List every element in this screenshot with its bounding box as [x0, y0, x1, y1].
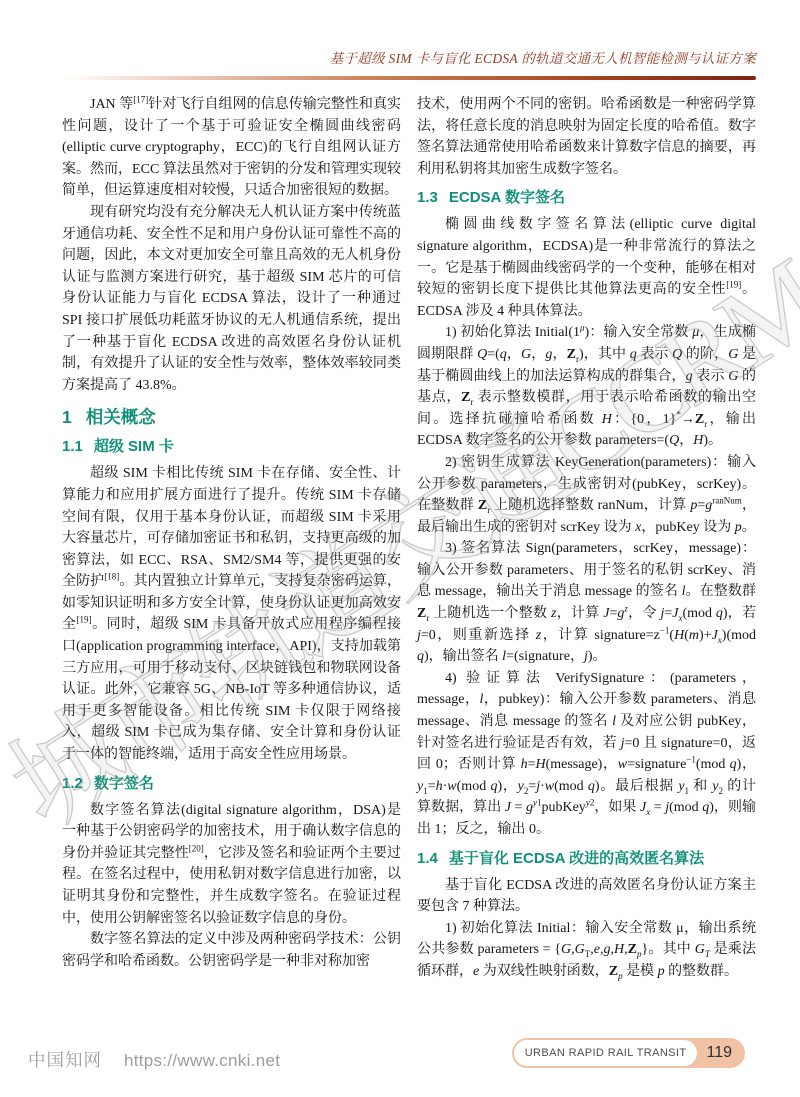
- paragraph-continuation: 技术，使用两个不同的密钥。哈希函数是一种密码学算法，将任意长度的消息映射为固定长…: [417, 94, 756, 180]
- section-number: 1.1: [62, 438, 83, 455]
- cnki-footer: 中国知网 https://www.cnki.net: [28, 1047, 280, 1072]
- paragraph: 超级 SIM 卡相比传统 SIM 卡在存储、安全性、计算能力和应用扩展方面进行了…: [62, 463, 401, 765]
- algorithm-item-4: 4) 验证算法 VerifySignature：(parameters，mess…: [417, 668, 756, 841]
- section-heading-1-4: 1.4基于盲化 ECDSA 改进的高效匿名算法: [417, 848, 756, 870]
- journal-page-badge: URBAN RAPID RAIL TRANSIT 119: [512, 1038, 745, 1068]
- paragraph: 基于盲化 ECDSA 改进的高效匿名身份认证方案主要包含 7 种算法。: [417, 875, 756, 918]
- section-title: ECDSA 数字签名: [449, 189, 565, 206]
- section-number: 1: [62, 407, 72, 427]
- section-number: 1.4: [417, 850, 438, 867]
- section-heading-1-3: 1.3ECDSA 数字签名: [417, 187, 756, 209]
- page-number: 119: [699, 1044, 745, 1062]
- algorithm-item-1: 1) 初始化算法 Initial：输入安全常数 μ，输出系统公共参数 param…: [417, 918, 756, 983]
- right-column: 技术，使用两个不同的密钥。哈希函数是一种密码学算法，将任意长度的消息映射为固定长…: [417, 94, 756, 983]
- paragraph: 数字签名算法的定义中涉及两种密码学技术：公钥密码学和哈希函数。公钥密码学是一种非…: [62, 929, 401, 972]
- section-heading-1: 1相关概念: [62, 405, 401, 429]
- paragraph: 现有研究均没有充分解决无人机认证方案中传统蓝牙通信功耗、安全性不足和用户身份认证…: [62, 202, 401, 396]
- section-title: 超级 SIM 卡: [94, 438, 174, 455]
- paragraph: JAN 等[17]针对飞行自组网的信息传输完整性和真实性问题，设计了一个基于可验…: [62, 94, 401, 202]
- section-number: 1.3: [417, 189, 438, 206]
- two-column-body: JAN 等[17]针对飞行自组网的信息传输完整性和真实性问题，设计了一个基于可验…: [62, 94, 756, 983]
- algorithm-item-3: 3) 签名算法 Sign(parameters，scrKey，message)：…: [417, 538, 756, 668]
- section-heading-1-2: 1.2数字签名: [62, 773, 401, 795]
- left-column: JAN 等[17]针对飞行自组网的信息传输完整性和真实性问题，设计了一个基于可验…: [62, 94, 401, 983]
- running-head-title: 基于超级 SIM 卡与盲化 ECDSA 的轨道交通无人机智能检测与认证方案: [330, 47, 756, 67]
- header-gradient-rule: [62, 76, 756, 80]
- algorithm-item-2: 2) 密钥生成算法 KeyGeneration(parameters)：输入公开…: [417, 452, 756, 538]
- cnki-site-name: 中国知网: [28, 1047, 102, 1072]
- journal-name-en: URBAN RAPID RAIL TRANSIT: [514, 1040, 698, 1066]
- section-number: 1.2: [62, 775, 83, 792]
- section-title: 基于盲化 ECDSA 改进的高效匿名算法: [449, 850, 704, 867]
- paper-page: 基于超级 SIM 卡与盲化 ECDSA 的轨道交通无人机智能检测与认证方案 JA…: [0, 0, 800, 1097]
- algorithm-item-1: 1) 初始化算法 Initial(1μ)：输入安全常数 μ，生成椭圆期限群 Q=…: [417, 322, 756, 452]
- paragraph: 椭圆曲线数字签名算法(elliptic curve digital signat…: [417, 214, 756, 322]
- cnki-site-url: https://www.cnki.net: [124, 1051, 280, 1071]
- section-heading-1-1: 1.1超级 SIM 卡: [62, 436, 401, 458]
- section-title: 相关概念: [86, 407, 156, 427]
- section-title: 数字签名: [94, 775, 154, 792]
- paragraph: 数字签名算法(digital signature algorithm，DSA)是…: [62, 800, 401, 930]
